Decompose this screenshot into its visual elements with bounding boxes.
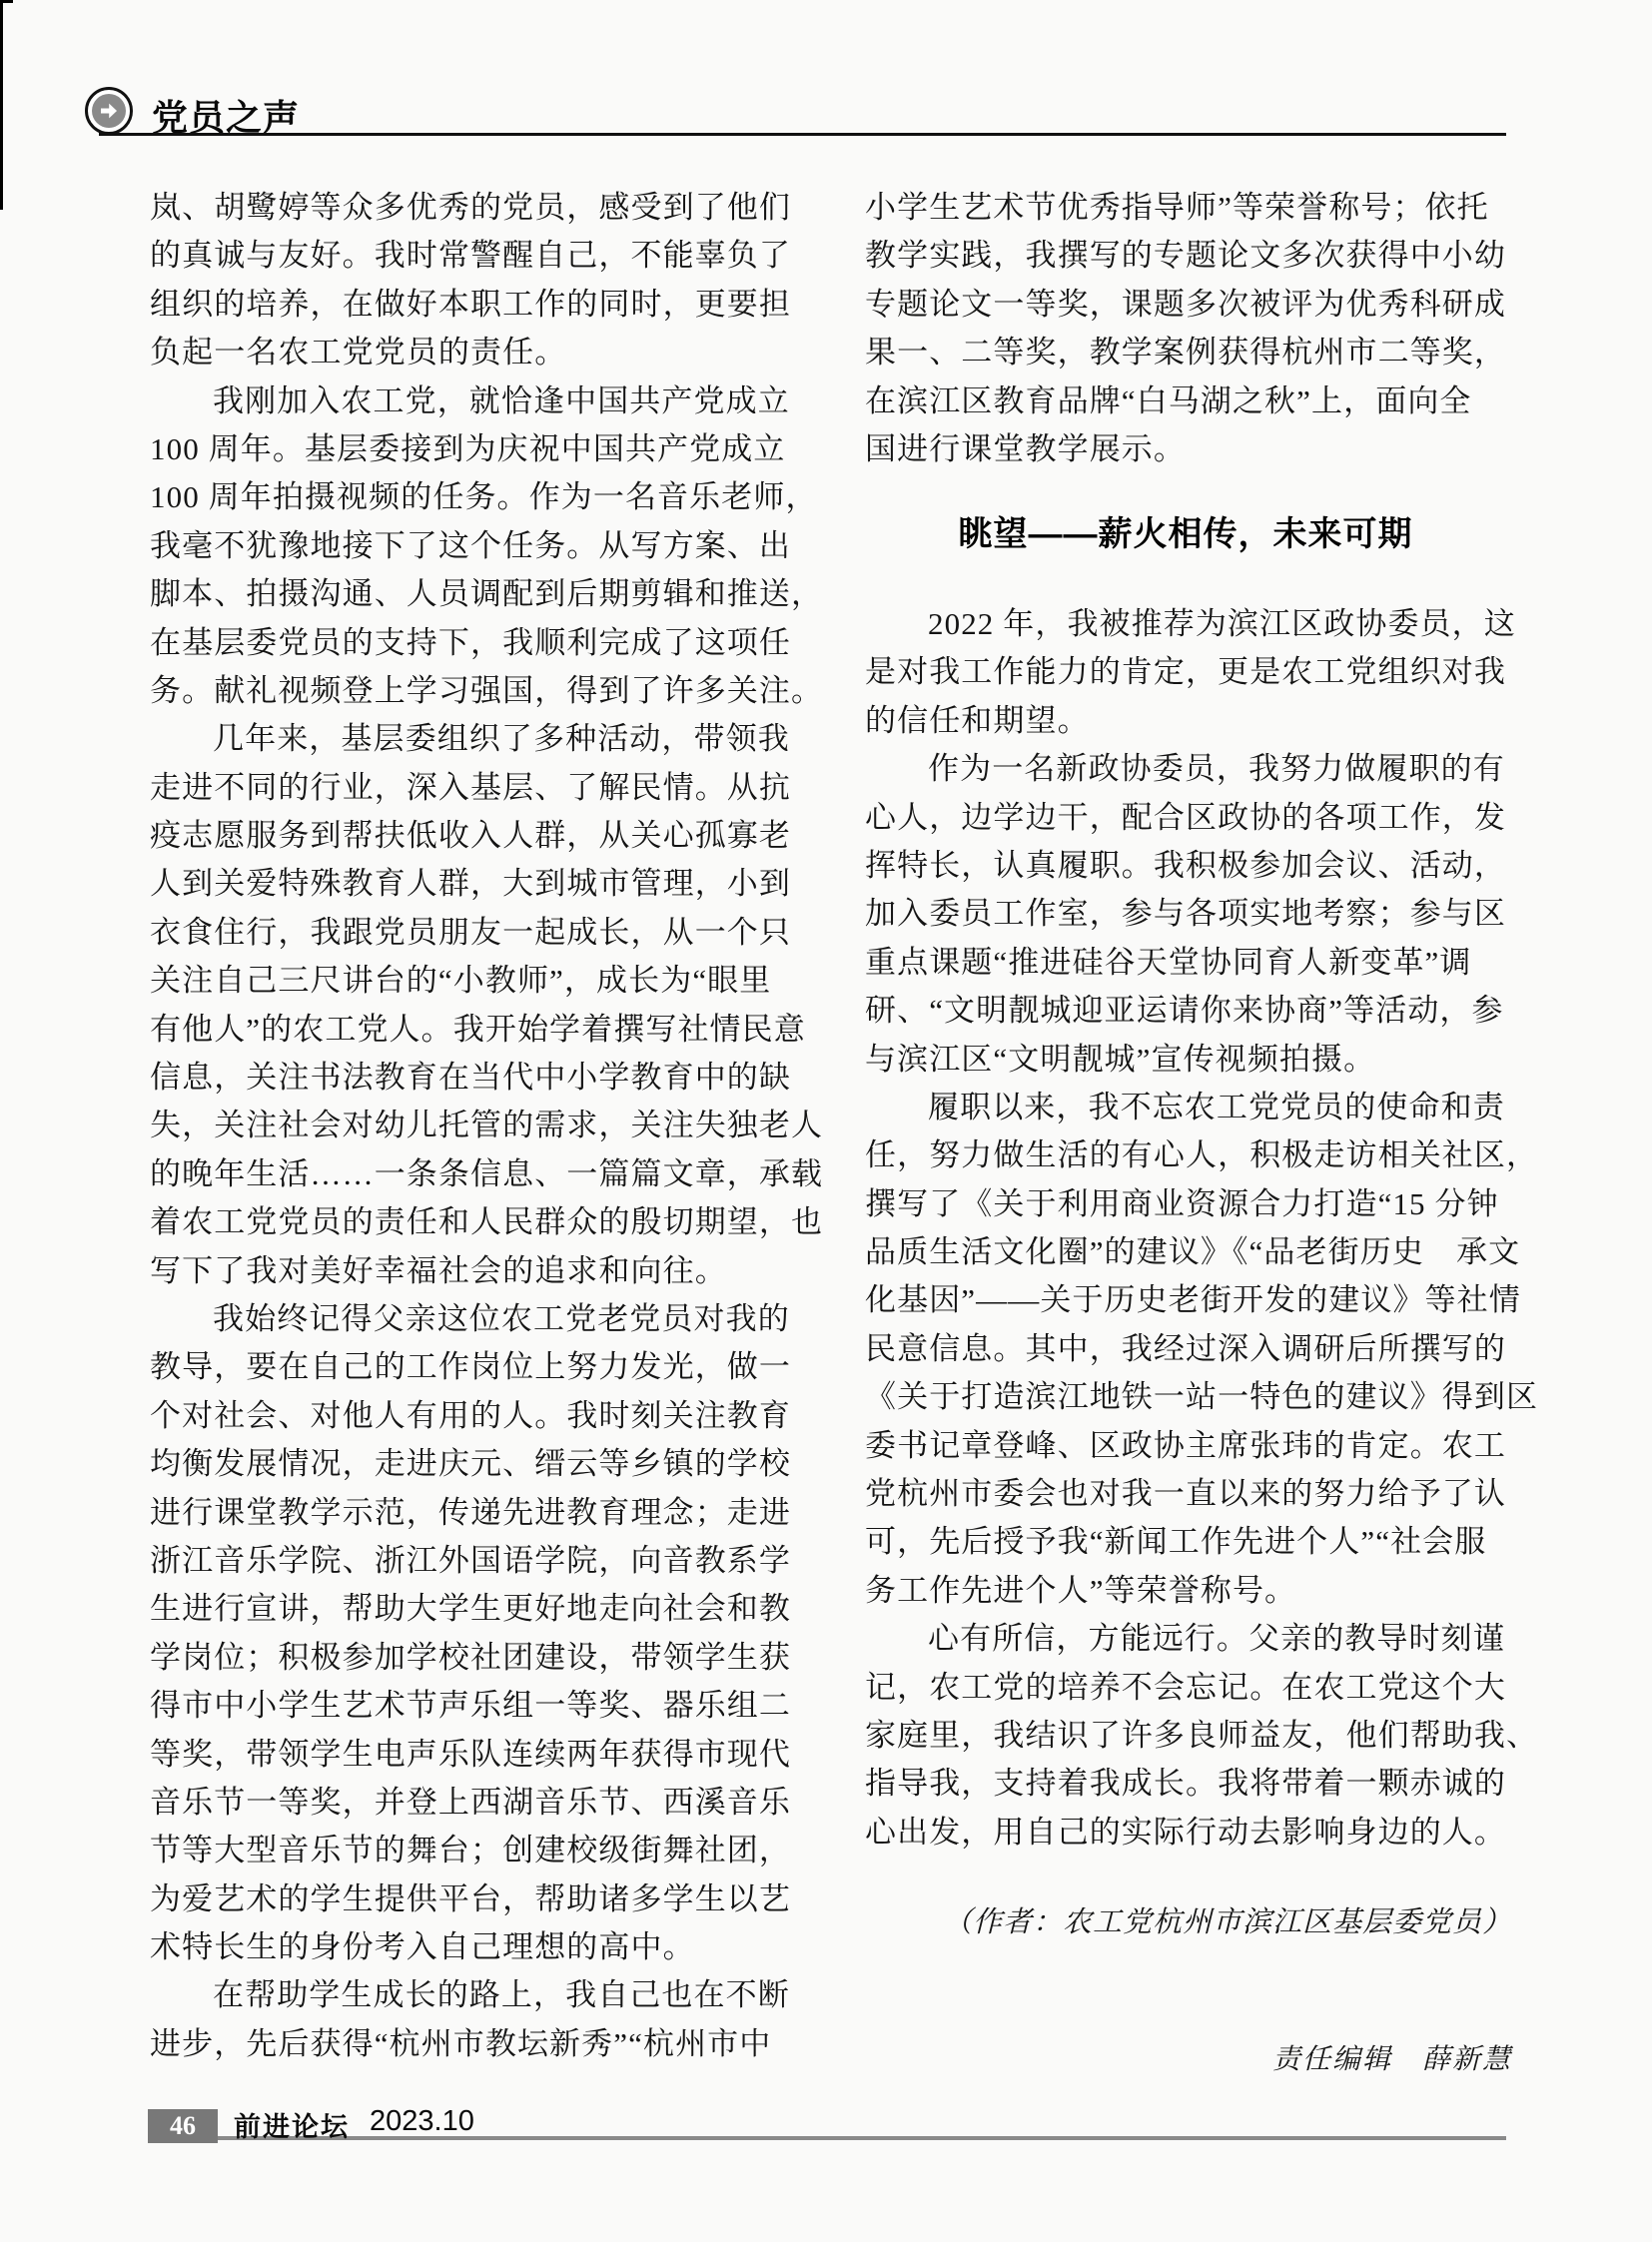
text-line: 得市中小学生艺术节声乐组一等奖、器乐组二 — [150, 1682, 791, 1730]
text-line: 心有所信，方能远行。父亲的教导时刻谨 — [865, 1615, 1506, 1663]
responsible-editor: 责任编辑 薛新慧 — [865, 2037, 1512, 2077]
text-line: 撰写了《关于利用商业资源合力打造“15 分钟 — [865, 1180, 1506, 1228]
text-line: 人到关爱特殊教育人群，大到城市管理，小到 — [150, 860, 791, 908]
text-line: 组织的培养，在做好本职工作的同时，更要担 — [150, 281, 791, 329]
text-line: 家庭里，我结识了许多良师益友，他们帮助我、 — [865, 1712, 1506, 1760]
scan-edge-line-horizontal — [0, 0, 13, 3]
text-line: 我刚加入农工党，就恰逢中国共产党成立 — [150, 377, 791, 425]
scan-edge-line-vertical — [0, 0, 3, 210]
article-right-column-top: 小学生艺术节优秀指导师”等荣誉称号；依托教学实践，我撰写的专题论文多次获得中小幼… — [865, 184, 1506, 473]
text-line: 在帮助学生成长的路上，我自己也在不断 — [150, 1971, 791, 2019]
text-line: 着农工党党员的责任和人民群众的殷切期望，也 — [150, 1198, 791, 1246]
text-line: 我始终记得父亲这位农工党老党员对我的 — [150, 1295, 791, 1343]
text-line: 为爱艺术的学生提供平台，帮助诸多学生以艺 — [150, 1875, 791, 1923]
text-line: 关注自己三尺讲台的“小教师”，成长为“眼里 — [150, 957, 791, 1005]
issue-date: 2023.10 — [370, 2105, 474, 2138]
text-line: 衣食住行，我跟党员朋友一起成长，从一个只 — [150, 909, 791, 957]
text-line: 术特长生的身份考入自己理想的高中。 — [150, 1923, 791, 1971]
text-line: 学岗位；积极参加学校社团建设，带领学生获 — [150, 1634, 791, 1682]
text-line: 教导，要在自己的工作岗位上努力发光，做一 — [150, 1343, 791, 1391]
text-line: 节等大型音乐节的舞台；创建校级街舞社团， — [150, 1827, 791, 1874]
text-line: 果一、二等奖，教学案例获得杭州市二等奖， — [865, 329, 1506, 376]
text-line: 有他人”的农工党人。我开始学着撰写社情民意 — [150, 1006, 791, 1054]
text-line: 国进行课堂教学展示。 — [865, 425, 1506, 473]
text-line: 小学生艺术节优秀指导师”等荣誉称号；依托 — [865, 184, 1506, 232]
text-line: 委书记章登峰、区政协主席张玮的肯定。农工 — [865, 1422, 1506, 1470]
text-line: 的信任和期望。 — [865, 697, 1506, 745]
text-line: 《关于打造滨江地铁一站一特色的建议》得到区 — [865, 1373, 1506, 1421]
text-line: 脚本、拍摄沟通、人员调配到后期剪辑和推送， — [150, 570, 791, 618]
text-line: 务。献礼视频登上学习强国，得到了许多关注。 — [150, 667, 791, 715]
text-line: 务工作先进个人”等荣誉称号。 — [865, 1567, 1506, 1615]
author-byline: （作者：农工党杭州市滨江区基层委党员） — [865, 1899, 1512, 1940]
text-line: 心人，边学边干，配合区政协的各项工作，发 — [865, 794, 1506, 842]
text-line: 负起一名农工党党员的责任。 — [150, 329, 791, 376]
magazine-page: { "header": { "section_title": "党员之声" },… — [0, 0, 1652, 2242]
text-line: 在滨江区教育品牌“白马湖之秋”上，面向全 — [865, 377, 1506, 425]
article-right-column-bottom: 2022 年，我被推荐为滨江区政协委员，这是对我工作能力的肯定，更是农工党组织对… — [865, 600, 1506, 1857]
text-line: 专题论文一等奖，课题多次被评为优秀科研成 — [865, 281, 1506, 329]
page-number-badge: 46 — [148, 2109, 218, 2143]
text-line: 加入委员工作室，参与各项实地考察；参与区 — [865, 890, 1506, 938]
text-line: 教学实践，我撰写的专题论文多次获得中小幼 — [865, 232, 1506, 280]
arrow-circle-icon — [92, 94, 126, 128]
text-line: 指导我，支持着我成长。我将带着一颗赤诚的 — [865, 1760, 1506, 1808]
text-line: 可，先后授予我“新闻工作先进个人”“社会服 — [865, 1518, 1506, 1566]
text-line: 我毫不犹豫地接下了这个任务。从写方案、出 — [150, 522, 791, 570]
text-line: 疫志愿服务到帮扶低收入人群，从关心孤寡老 — [150, 812, 791, 860]
text-line: 任，努力做生活的有心人，积极走访相关社区， — [865, 1131, 1506, 1179]
text-line: 重点课题“推进硅谷天堂协同育人新变革”调 — [865, 939, 1506, 987]
text-line: 履职以来，我不忘农工党党员的使命和责 — [865, 1084, 1506, 1131]
text-line: 浙江音乐学院、浙江外国语学院，向音教系学 — [150, 1537, 791, 1585]
text-line: 是对我工作能力的肯定，更是农工党组织对我 — [865, 648, 1506, 696]
article-left-column: 岚、胡鹭婷等众多优秀的党员，感受到了他们的真诚与友好。我时常警醒自己，不能辜负了… — [150, 184, 791, 2068]
header-rule — [99, 133, 1506, 136]
text-line: 与滨江区“文明靓城”宣传视频拍摄。 — [865, 1036, 1506, 1084]
text-line: 进行课堂教学示范，传递先进教育理念；走进 — [150, 1489, 791, 1537]
text-line: 走进不同的行业，深入基层、了解民情。从抗 — [150, 764, 791, 812]
text-line: 生进行宣讲，帮助大学生更好地走向社会和教 — [150, 1585, 791, 1633]
text-line: 信息，关注书法教育在当代中小学教育中的缺 — [150, 1054, 791, 1102]
text-line: 的晚年生活……一条条信息、一篇篇文章，承载 — [150, 1150, 791, 1198]
section-heading: 眺望——薪火相传，未来可期 — [865, 506, 1506, 555]
journal-title: 前进论坛 — [234, 2105, 350, 2144]
text-line: 心出发，用自己的实际行动去影响身边的人。 — [865, 1809, 1506, 1857]
text-line: 2022 年，我被推荐为滨江区政协委员，这 — [865, 600, 1506, 648]
text-line: 失，关注社会对幼儿托管的需求，关注失独老人 — [150, 1102, 791, 1149]
text-line: 100 周年。基层委接到为庆祝中国共产党成立 — [150, 425, 791, 473]
text-line: 作为一名新政协委员，我努力做履职的有 — [865, 745, 1506, 793]
text-line: 党杭州市委会也对我一直以来的努力给予了认 — [865, 1470, 1506, 1518]
text-line: 个对社会、对他人有用的人。我时刻关注教育 — [150, 1392, 791, 1440]
text-line: 音乐节一等奖，并登上西湖音乐节、西溪音乐 — [150, 1779, 791, 1827]
text-line: 等奖，带领学生电声乐队连续两年获得市现代 — [150, 1731, 791, 1779]
text-line: 进步，先后获得“杭州市教坛新秀”“杭州市中 — [150, 2020, 791, 2068]
text-line: 的真诚与友好。我时常警醒自己，不能辜负了 — [150, 232, 791, 280]
text-line: 品质生活文化圈”的建议》《“品老街历史 承文 — [865, 1228, 1506, 1276]
text-line: 在基层委党员的支持下，我顺利完成了这项任 — [150, 619, 791, 667]
section-marker-icon — [85, 87, 133, 135]
text-line: 几年来，基层委组织了多种活动，带领我 — [150, 715, 791, 763]
text-line: 民意信息。其中，我经过深入调研后所撰写的 — [865, 1325, 1506, 1373]
text-line: 记，农工党的培养不会忘记。在农工党这个大 — [865, 1664, 1506, 1712]
text-line: 均衡发展情况，走进庆元、缙云等乡镇的学校 — [150, 1440, 791, 1488]
text-line: 化基因”——关于历史老街开发的建议》等社情 — [865, 1276, 1506, 1324]
text-line: 挥特长，认真履职。我积极参加会议、活动， — [865, 842, 1506, 890]
text-line: 写下了我对美好幸福社会的追求和向往。 — [150, 1247, 791, 1295]
text-line: 100 周年拍摄视频的任务。作为一名音乐老师， — [150, 473, 791, 521]
text-line: 岚、胡鹭婷等众多优秀的党员，感受到了他们 — [150, 184, 791, 232]
text-line: 研、“文明靓城迎亚运请你来协商”等活动，参 — [865, 987, 1506, 1035]
